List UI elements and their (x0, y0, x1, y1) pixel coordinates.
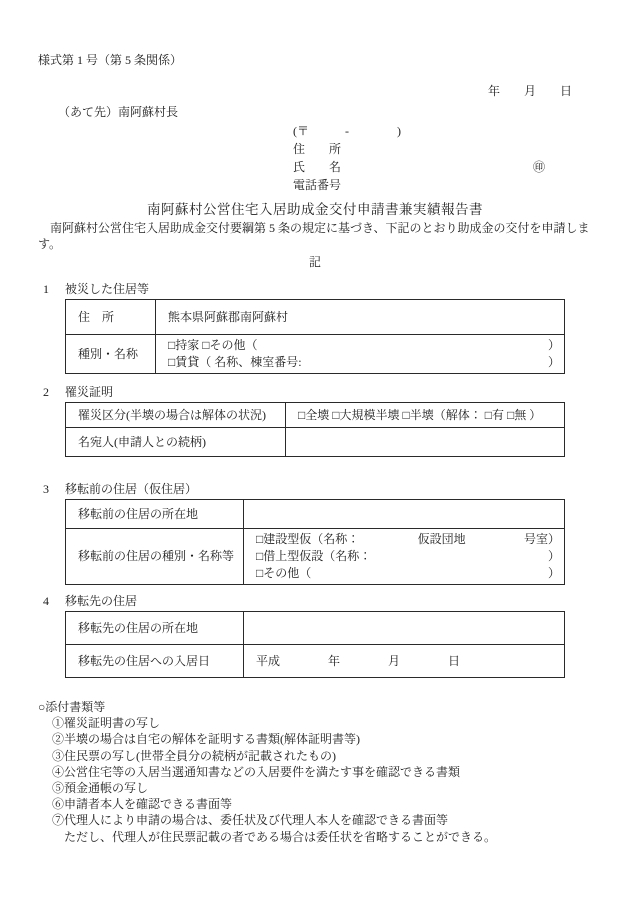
addressee-line: （あて先）南阿蘇村長 (58, 104, 630, 120)
new-address-label-cell: 移転先の住居の所在地 (66, 612, 244, 645)
certificate-holder-value-cell (286, 428, 565, 457)
type-label-cell: 種別・名称 (66, 335, 156, 374)
attachments-list: ①罹災証明書の写し②半壊の場合は自宅の解体を証明する書類(解体証明書等)③住民票… (52, 715, 630, 845)
disaster-certificate-table: 罹災区分(半壊の場合は解体の状況) □全壊 □大規模半壊 □半壊（解体： □有 … (65, 402, 565, 457)
name-field-label: 氏 名 (293, 158, 341, 176)
room-number-label: 号室） (524, 531, 560, 548)
section1-heading: 1被災した住居等 (43, 281, 630, 297)
prev-address-value-cell (244, 500, 565, 529)
table-row: 住 所 熊本県阿蘇郡南阿蘇村 (66, 300, 565, 335)
type-option-line2: □賃貸（ 名称、棟室番号: ） (168, 354, 560, 371)
applicant-block: (〒 - ) 住 所 氏 名 ㊞ 電話番号 (293, 122, 630, 194)
table-row: 種別・名称 □持家 □その他（ ） □賃貸（ 名称、棟室番号: ） (66, 335, 565, 374)
type-options-cell: □持家 □その他（ ） □賃貸（ 名称、棟室番号: ） (156, 335, 565, 374)
checkbox-built-temp-housing: □建設型仮（名称： (256, 531, 359, 548)
table-row: 移転前の住居の種別・名称等 □建設型仮（名称： 仮設団地 号室） □借上型仮設（… (66, 529, 565, 585)
attachment-item: ②半壊の場合は自宅の解体を証明する書類(解体証明書等) (52, 731, 630, 747)
prev-type-option-line1: □建設型仮（名称： 仮設団地 号室） (256, 531, 560, 548)
address-value-cell: 熊本県阿蘇郡南阿蘇村 (156, 300, 565, 335)
table-row: 移転前の住居の所在地 (66, 500, 565, 529)
prev-type-label-cell: 移転前の住居の種別・名称等 (66, 529, 244, 585)
move-in-date-value-cell: 平成 年 月 日 (244, 645, 565, 678)
type-option-line1: □持家 □その他（ ） (168, 337, 560, 354)
section2-title: 罹災証明 (65, 385, 113, 399)
document-title: 南阿蘇村公営住宅入居助成金交付申請書兼実績報告書 (0, 202, 630, 218)
checkbox-owned-home: □持家 □その他（ (168, 337, 258, 354)
form-number: 様式第 1 号（第 5 条関係） (38, 52, 630, 68)
section2-number: 2 (43, 384, 65, 400)
new-residence-table: 移転先の住居の所在地 移転先の住居への入居日 平成 年 月 日 (65, 611, 565, 678)
certificate-holder-label-cell: 名宛人(申請人との続柄) (66, 428, 286, 457)
section4-heading: 4移転先の住居 (43, 593, 630, 609)
checkbox-rental: □賃貸（ 名称、棟室番号: (168, 354, 302, 371)
attachment-item: ⑥申請者本人を確認できる書面等 (52, 796, 630, 812)
checkbox-leased-temp-housing: □借上型仮設（名称： (256, 548, 371, 565)
attachment-item: ④公営住宅等の入居当選通知書などの入居要件を満たす事を確認できる書類 (52, 764, 630, 780)
prev-type-option-line2: □借上型仮設（名称： ） (256, 548, 560, 565)
temp-housing-complex-label: 仮設団地 (418, 531, 466, 548)
table-row: 移転先の住居への入居日 平成 年 月 日 (66, 645, 565, 678)
section1-number: 1 (43, 281, 65, 297)
attachments-section: ○添付書類等 ①罹災証明書の写し②半壊の場合は自宅の解体を証明する書類(解体証明… (38, 699, 630, 845)
attachments-heading: ○添付書類等 (38, 699, 630, 715)
prev-address-label-cell: 移転前の住居の所在地 (66, 500, 244, 529)
address-field-label: 住 所 (293, 140, 630, 158)
section4-title: 移転先の住居 (65, 594, 137, 608)
previous-residence-table: 移転前の住居の所在地 移転前の住居の種別・名称等 □建設型仮（名称： 仮設団地 … (65, 499, 565, 585)
checkbox-other: □その他（ (256, 565, 311, 582)
paren-close: ） (548, 337, 560, 354)
table-row: 名宛人(申請人との続柄) (66, 428, 565, 457)
ki-label: 記 (0, 254, 630, 270)
section3-number: 3 (43, 481, 65, 497)
new-address-value-cell (244, 612, 565, 645)
attachment-item: ③住民票の写し(世帯全員分の続柄が記載されたもの) (52, 748, 630, 764)
attachment-item: ただし、代理人が住民票記載の者である場合は委任状を省略することができる。 (52, 829, 630, 845)
section2-heading: 2罹災証明 (43, 384, 630, 400)
name-row: 氏 名 ㊞ (293, 158, 545, 176)
prev-type-option-line3: □その他（ ） (256, 565, 560, 582)
attachment-item: ⑤預金通帳の写し (52, 780, 630, 796)
disaster-category-label-cell: 罹災区分(半壊の場合は解体の状況) (66, 403, 286, 428)
attachment-item: ⑦代理人により申請の場合は、委任状及び代理人本人を確認できる書面等 (52, 812, 630, 828)
move-in-date-label-cell: 移転先の住居への入居日 (66, 645, 244, 678)
paren-close: ） (548, 548, 560, 565)
attachment-item: ①罹災証明書の写し (52, 715, 630, 731)
address-label-cell: 住 所 (66, 300, 156, 335)
paren-close: ） (548, 565, 560, 582)
damaged-residence-table: 住 所 熊本県阿蘇郡南阿蘇村 種別・名称 □持家 □その他（ ） □賃貸（ 名称… (65, 299, 565, 374)
form-page: 様式第 1 号（第 5 条関係） 年 月 日 （あて先）南阿蘇村長 (〒 - )… (0, 0, 630, 845)
date-line: 年 月 日 (0, 83, 630, 99)
section3-title: 移転前の住居（仮住居） (65, 482, 197, 496)
prev-type-options-cell: □建設型仮（名称： 仮設団地 号室） □借上型仮設（名称： ） □その他（ ） (244, 529, 565, 585)
table-row: 罹災区分(半壊の場合は解体の状況) □全壊 □大規模半壊 □半壊（解体： □有 … (66, 403, 565, 428)
table-row: 移転先の住居の所在地 (66, 612, 565, 645)
postal-code-field: (〒 - ) (293, 122, 630, 140)
paren-close: ） (548, 354, 560, 371)
section1-title: 被災した住居等 (65, 282, 149, 296)
phone-field-label: 電話番号 (293, 176, 630, 194)
section3-heading: 3移転前の住居（仮住居） (43, 481, 630, 497)
seal-mark-icon: ㊞ (533, 158, 545, 176)
section4-number: 4 (43, 593, 65, 609)
intro-paragraph: 南阿蘇村公営住宅入居助成金交付要綱第 5 条の規定に基づき、下記のとおり助成金の… (38, 221, 594, 252)
disaster-category-checkboxes-cell: □全壊 □大規模半壊 □半壊（解体： □有 □無 ） (286, 403, 565, 428)
